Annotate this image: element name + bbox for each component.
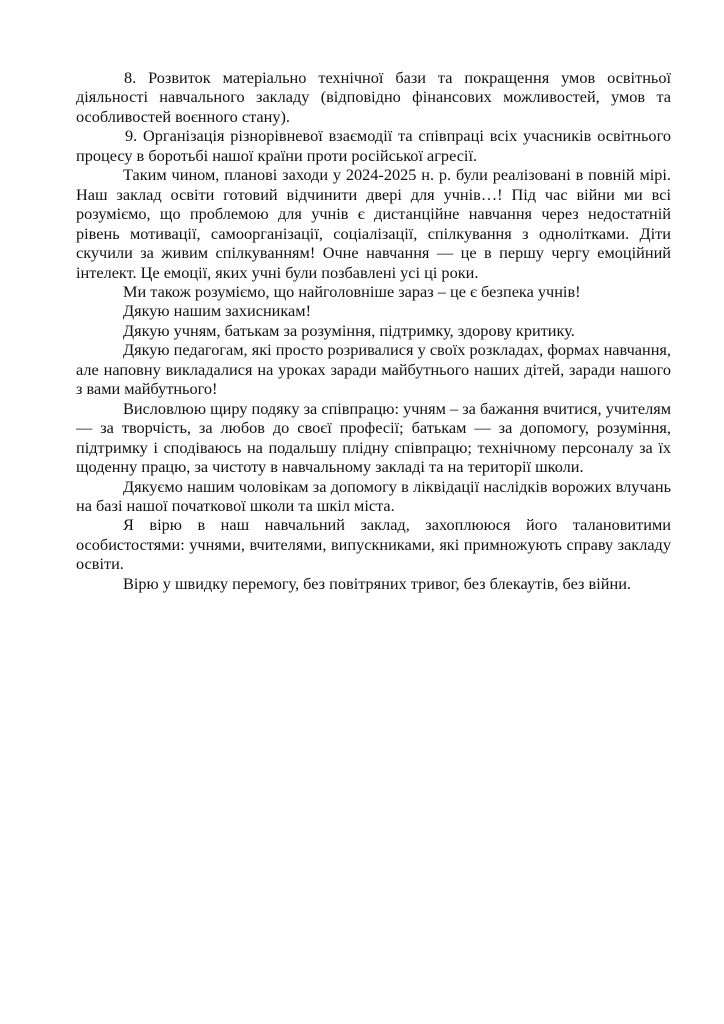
paragraph-item-8: 8. Розвиток матеріально технічної бази т… [76,68,671,126]
document-page: 8. Розвиток матеріально технічної бази т… [76,68,671,593]
paragraph-belief-victory: Вірю у швидку перемогу, без повітряних т… [76,574,671,593]
paragraph-belief-school: Я вірю в наш навчальний заклад, захоплюю… [76,515,671,573]
paragraph-summary: Таким чином, планові заходи у 2024-2025 … [76,165,671,282]
paragraph-thanks-students-parents: Дякую учням, батькам за розуміння, підтр… [76,321,671,340]
paragraph-safety: Ми також розуміємо, що найголовніше зара… [76,282,671,301]
paragraph-thanks-men: Дякуємо нашим чоловікам за допомогу в лі… [76,477,671,516]
paragraph-thanks-teachers: Дякую педагогам, які просто розривалися … [76,340,671,398]
paragraph-item-9: 9. Організація різнорівневої взаємодії т… [76,126,671,165]
paragraph-gratitude: Висловлюю щиру подяку за співпрацю: учня… [76,399,671,477]
paragraph-thanks-defenders: Дякую нашим захисникам! [76,301,671,320]
